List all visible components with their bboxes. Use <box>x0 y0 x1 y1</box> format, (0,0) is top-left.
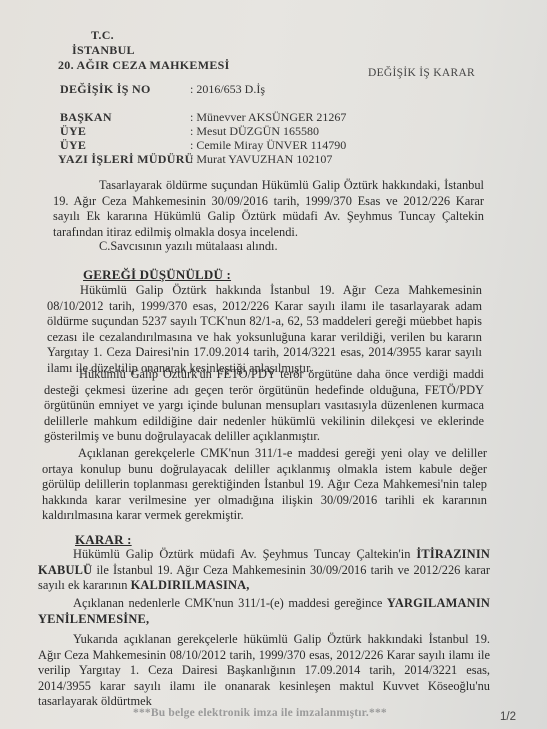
prosecutor-opinion-paragraph: C.Savcısının yazılı mütalaası alındı. <box>53 239 484 255</box>
gerekce-paragraph-1: Hükümlü Galip Öztürk hakkında İstanbul 1… <box>47 283 482 377</box>
panel-member-1-value: : Mesut DÜZGÜN 165580 <box>190 124 319 139</box>
gerekce-paragraph-3: Açıklanan gerekçelerle CMK'nun 311/1-e m… <box>42 446 487 524</box>
panel-clerk-value: : Murat YAVUZHAN 102107 <box>190 152 332 167</box>
case-number-label: DEĞİŞİK İŞ NO <box>60 82 151 97</box>
court-decision-page: T.C. İSTANBUL 20. AĞIR CEZA MAHKEMESİ DE… <box>0 0 547 729</box>
panel-member-2-label: ÜYE <box>60 138 86 153</box>
panel-clerk-label: YAZI İŞLERİ MÜDÜRÜ <box>58 152 194 167</box>
gerekce-paragraph-2: Hükümlü Galip Öztürk'ün FETÖ/PDY terör ö… <box>44 367 484 445</box>
document-type: DEĞİŞİK İŞ KARAR <box>368 67 475 79</box>
karar-paragraph-3: Yukarıda açıklanan gerekçelerle hükümlü … <box>38 632 490 710</box>
karar-paragraph-2: Açıklanan nedenlerle CMK'nun 311/1-(e) m… <box>38 596 490 627</box>
panel-president-label: BAŞKAN <box>60 110 112 125</box>
header-city: İSTANBUL <box>72 43 135 58</box>
case-number-value: : 2016/653 D.İş <box>190 82 265 97</box>
panel-member-1-label: ÜYE <box>60 124 86 139</box>
intro-paragraph: Tasarlayarak öldürme suçundan Hükümlü Ga… <box>53 178 484 240</box>
header-tc: T.C. <box>91 28 114 43</box>
karar-heading: KARAR : <box>75 532 132 548</box>
page-number: 1/2 <box>500 711 516 723</box>
gerekce-heading: GEREĞİ DÜŞÜNÜLDÜ : <box>83 267 231 283</box>
karar-paragraph-1: Hükümlü Galip Öztürk müdafi Av. Şeyhmus … <box>38 547 490 594</box>
panel-president-value: : Münevver AKSÜNGER 21267 <box>190 110 346 125</box>
header-court: 20. AĞIR CEZA MAHKEMESİ <box>58 58 230 73</box>
panel-member-2-value: : Cemile Miray ÜNVER 114790 <box>190 138 346 153</box>
electronic-signature-note: ***Bu belge elektronik imza ile imzalanm… <box>133 707 387 719</box>
